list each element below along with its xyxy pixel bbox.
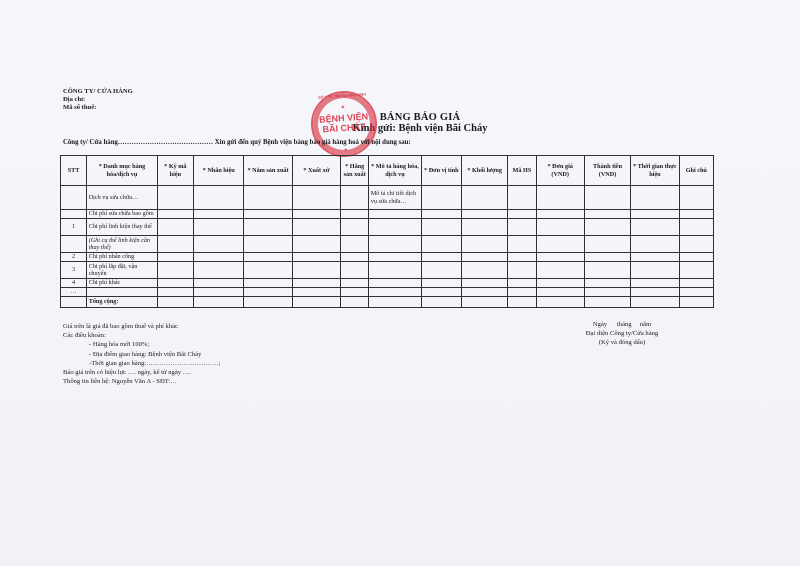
cell-empty xyxy=(193,288,243,297)
table-row: … xyxy=(61,288,714,297)
column-header: * Xuất xứ xyxy=(292,156,340,186)
cell-description xyxy=(369,236,421,253)
cell-empty xyxy=(193,219,243,236)
column-header: * Nhãn hiệu xyxy=(193,156,243,186)
terms-label: Các điều khoản: xyxy=(63,331,221,340)
cell-empty xyxy=(508,288,536,297)
cell-empty xyxy=(421,297,461,308)
cell-empty xyxy=(631,253,679,262)
cell-description xyxy=(369,262,421,279)
stamp-ring-bottom: ★ xyxy=(315,145,377,155)
signature-date: Ngày tháng năm xyxy=(552,320,692,329)
cell-empty xyxy=(461,279,507,288)
cell-empty xyxy=(421,236,461,253)
cell-empty xyxy=(193,262,243,279)
cell-empty xyxy=(292,236,340,253)
cell-empty xyxy=(631,236,679,253)
cell-description xyxy=(369,279,421,288)
cell-stt xyxy=(61,236,87,253)
cell-empty xyxy=(292,288,340,297)
cell-empty xyxy=(292,297,340,308)
cell-empty xyxy=(679,253,713,262)
cell-item: Dịch vụ sửa chữa… xyxy=(87,186,158,210)
recipient-line: Kính gửi: Bệnh viện Bãi Cháy xyxy=(300,123,540,134)
cell-empty xyxy=(508,262,536,279)
cell-empty xyxy=(193,297,243,308)
cell-item: Chi phí linh kiện thay thế xyxy=(87,219,158,236)
cell-empty xyxy=(536,186,584,210)
intro-line: Công ty/ Cửa hàng…………………………………… Xin gửi … xyxy=(63,139,411,146)
cell-empty xyxy=(508,279,536,288)
cell-empty xyxy=(584,279,630,288)
cell-empty xyxy=(244,253,292,262)
cell-description xyxy=(369,253,421,262)
term-delivery-location: - Địa điểm giao hàng: Bệnh viện Bãi Cháy xyxy=(63,350,221,359)
cell-stt: 4 xyxy=(61,279,87,288)
cell-empty xyxy=(421,186,461,210)
cell-stt xyxy=(61,297,87,308)
column-header: STT xyxy=(61,156,87,186)
table-row: Chi phí sửa chữa bao gồm xyxy=(61,210,714,219)
cell-empty xyxy=(679,297,713,308)
cell-empty xyxy=(421,210,461,219)
cell-item: Chi phí nhân công xyxy=(87,253,158,262)
cell-empty xyxy=(508,210,536,219)
address-label: Địa chỉ: xyxy=(63,96,133,104)
table-header-row: STT* Danh mục hàng hóa/dịch vụ* Ký mã hi… xyxy=(61,156,714,186)
cell-empty xyxy=(341,262,369,279)
quotation-table: STT* Danh mục hàng hóa/dịch vụ* Ký mã hi… xyxy=(60,155,714,308)
company-label: CÔNG TY/ CỬA HÀNG xyxy=(63,88,133,96)
column-header: Thành tiền (VND) xyxy=(584,156,630,186)
cell-empty xyxy=(341,219,369,236)
cell-empty xyxy=(461,253,507,262)
cell-empty xyxy=(536,288,584,297)
cell-description xyxy=(369,288,421,297)
cell-empty xyxy=(461,262,507,279)
column-header: * Khối lượng xyxy=(461,156,507,186)
signature-instruction: (Ký và đóng dấu) xyxy=(552,338,692,347)
cell-empty xyxy=(244,186,292,210)
cell-stt: 2 xyxy=(61,253,87,262)
table-body: Dịch vụ sửa chữa…Mô tả chi tiết dịch vụ … xyxy=(61,186,714,308)
cell-empty xyxy=(193,210,243,219)
table-row: Tổng cộng: xyxy=(61,297,714,308)
cell-empty xyxy=(341,236,369,253)
table-row: 4Chi phí khác xyxy=(61,279,714,288)
cell-empty xyxy=(244,279,292,288)
cell-empty xyxy=(679,219,713,236)
cell-empty xyxy=(584,236,630,253)
cell-empty xyxy=(193,186,243,210)
cell-empty xyxy=(244,297,292,308)
cell-empty xyxy=(461,288,507,297)
cell-item: Chi phí sửa chữa bao gồm xyxy=(87,210,158,219)
cell-stt xyxy=(61,186,87,210)
cell-stt xyxy=(61,210,87,219)
cell-empty xyxy=(341,186,369,210)
cell-empty xyxy=(421,279,461,288)
cell-empty xyxy=(421,253,461,262)
cell-empty xyxy=(508,236,536,253)
cell-empty xyxy=(631,297,679,308)
cell-stt: 3 xyxy=(61,262,87,279)
document-title: BẢNG BÁO GIÁ xyxy=(300,112,540,123)
cell-empty xyxy=(461,210,507,219)
cell-empty xyxy=(244,288,292,297)
column-header: * Đơn giá (VND) xyxy=(536,156,584,186)
cell-empty xyxy=(421,219,461,236)
column-header: Ghi chú xyxy=(679,156,713,186)
cell-empty xyxy=(461,186,507,210)
cell-empty xyxy=(508,297,536,308)
table-row: Dịch vụ sửa chữa…Mô tả chi tiết dịch vụ … xyxy=(61,186,714,210)
cell-empty xyxy=(157,186,193,210)
company-header: CÔNG TY/ CỬA HÀNG Địa chỉ: Mã số thuế: xyxy=(63,88,133,112)
cell-empty xyxy=(679,186,713,210)
cell-empty xyxy=(421,288,461,297)
cell-empty xyxy=(292,262,340,279)
cell-empty xyxy=(341,253,369,262)
signature-block: Ngày tháng năm Đại diện Công ty/Cửa hàng… xyxy=(552,320,692,348)
cell-empty xyxy=(536,279,584,288)
terms-section: Giá trên là giá đã bao gồm thuế và phí k… xyxy=(63,322,221,386)
cell-item: Tổng cộng: xyxy=(87,297,158,308)
cell-empty xyxy=(193,236,243,253)
cell-item: Chi phí khác xyxy=(87,279,158,288)
cell-empty xyxy=(157,219,193,236)
cell-empty xyxy=(157,279,193,288)
cell-empty xyxy=(508,186,536,210)
cell-empty xyxy=(679,279,713,288)
column-header: * Năm sản xuất xyxy=(244,156,292,186)
cell-empty xyxy=(584,288,630,297)
column-header: * Thời gian thực hiện xyxy=(631,156,679,186)
validity-note: Báo giá trên có hiệu lực …. ngày, kể từ … xyxy=(63,368,221,377)
cell-empty xyxy=(508,219,536,236)
cell-empty xyxy=(631,288,679,297)
cell-empty xyxy=(157,288,193,297)
column-header: * Ký mã hiệu xyxy=(157,156,193,186)
document-page: CÔNG TY/ CỬA HÀNG Địa chỉ: Mã số thuế: B… xyxy=(0,0,800,566)
cell-empty xyxy=(244,219,292,236)
cell-empty xyxy=(157,253,193,262)
cell-empty xyxy=(292,186,340,210)
cell-description xyxy=(369,210,421,219)
table-row: 1Chi phí linh kiện thay thế xyxy=(61,219,714,236)
cell-empty xyxy=(157,297,193,308)
cell-empty xyxy=(341,288,369,297)
cell-empty xyxy=(536,253,584,262)
cell-empty xyxy=(244,262,292,279)
cell-item: Chi phí lắp đặt, vận chuyển xyxy=(87,262,158,279)
column-header: Mã HS xyxy=(508,156,536,186)
column-header: * Mô tả hàng hóa, dịch vụ xyxy=(369,156,421,186)
term-delivery-time: -Thời gian giao hàng:……………………………; xyxy=(63,359,221,368)
cell-description xyxy=(369,297,421,308)
cell-empty xyxy=(536,262,584,279)
cell-empty xyxy=(461,297,507,308)
cell-empty xyxy=(157,210,193,219)
cell-empty xyxy=(536,210,584,219)
contact-info: Thông tin liên hệ: Nguyễn Văn A - SĐT:… xyxy=(63,377,221,386)
cell-empty xyxy=(292,210,340,219)
cell-empty xyxy=(536,297,584,308)
table-row: 2Chi phí nhân công xyxy=(61,253,714,262)
cell-item xyxy=(87,288,158,297)
tax-code-label: Mã số thuế: xyxy=(63,104,133,112)
cell-empty xyxy=(461,219,507,236)
cell-empty xyxy=(679,262,713,279)
table-row: 3Chi phí lắp đặt, vận chuyển xyxy=(61,262,714,279)
cell-empty xyxy=(421,262,461,279)
cell-empty xyxy=(461,236,507,253)
cell-empty xyxy=(631,262,679,279)
cell-empty xyxy=(631,279,679,288)
signature-role: Đại diện Công ty/Cửa hàng xyxy=(552,329,692,338)
cell-description: Mô tả chi tiết dịch vụ sửa chữa… xyxy=(369,186,421,210)
cell-empty xyxy=(341,297,369,308)
cell-empty xyxy=(341,279,369,288)
cell-empty xyxy=(584,210,630,219)
cell-empty xyxy=(508,253,536,262)
cell-empty xyxy=(292,253,340,262)
column-header: * Hãng sản xuất xyxy=(341,156,369,186)
table-row: (Ghi cụ thể linh kiện cần thay thế) xyxy=(61,236,714,253)
cell-empty xyxy=(244,210,292,219)
column-header: * Đơn vị tính xyxy=(421,156,461,186)
cell-empty xyxy=(584,186,630,210)
cell-empty xyxy=(631,210,679,219)
cell-description xyxy=(369,219,421,236)
cell-stt: 1 xyxy=(61,219,87,236)
cell-empty xyxy=(584,297,630,308)
cell-empty xyxy=(584,262,630,279)
cell-empty xyxy=(536,236,584,253)
cell-empty xyxy=(679,210,713,219)
title-block: BẢNG BÁO GIÁ Kính gửi: Bệnh viện Bãi Chá… xyxy=(300,112,540,134)
cell-empty xyxy=(584,219,630,236)
column-header: * Danh mục hàng hóa/dịch vụ xyxy=(87,156,158,186)
cell-empty xyxy=(631,219,679,236)
cell-empty xyxy=(193,253,243,262)
cell-empty xyxy=(244,236,292,253)
cell-empty xyxy=(157,262,193,279)
cell-empty xyxy=(341,210,369,219)
cell-empty xyxy=(631,186,679,210)
cell-stt: … xyxy=(61,288,87,297)
cell-empty xyxy=(292,279,340,288)
price-note: Giá trên là giá đã bao gồm thuế và phí k… xyxy=(63,322,221,331)
cell-empty xyxy=(536,219,584,236)
cell-empty xyxy=(584,253,630,262)
stamp-ring-text: SỞ Y TẾ TỈNH QUẢNG NINH xyxy=(311,92,373,100)
cell-empty xyxy=(157,236,193,253)
cell-item: (Ghi cụ thể linh kiện cần thay thế) xyxy=(87,236,158,253)
cell-empty xyxy=(193,279,243,288)
term-new-goods: - Hàng hóa mới 100%; xyxy=(63,340,221,349)
cell-empty xyxy=(679,236,713,253)
cell-empty xyxy=(679,288,713,297)
cell-empty xyxy=(292,219,340,236)
